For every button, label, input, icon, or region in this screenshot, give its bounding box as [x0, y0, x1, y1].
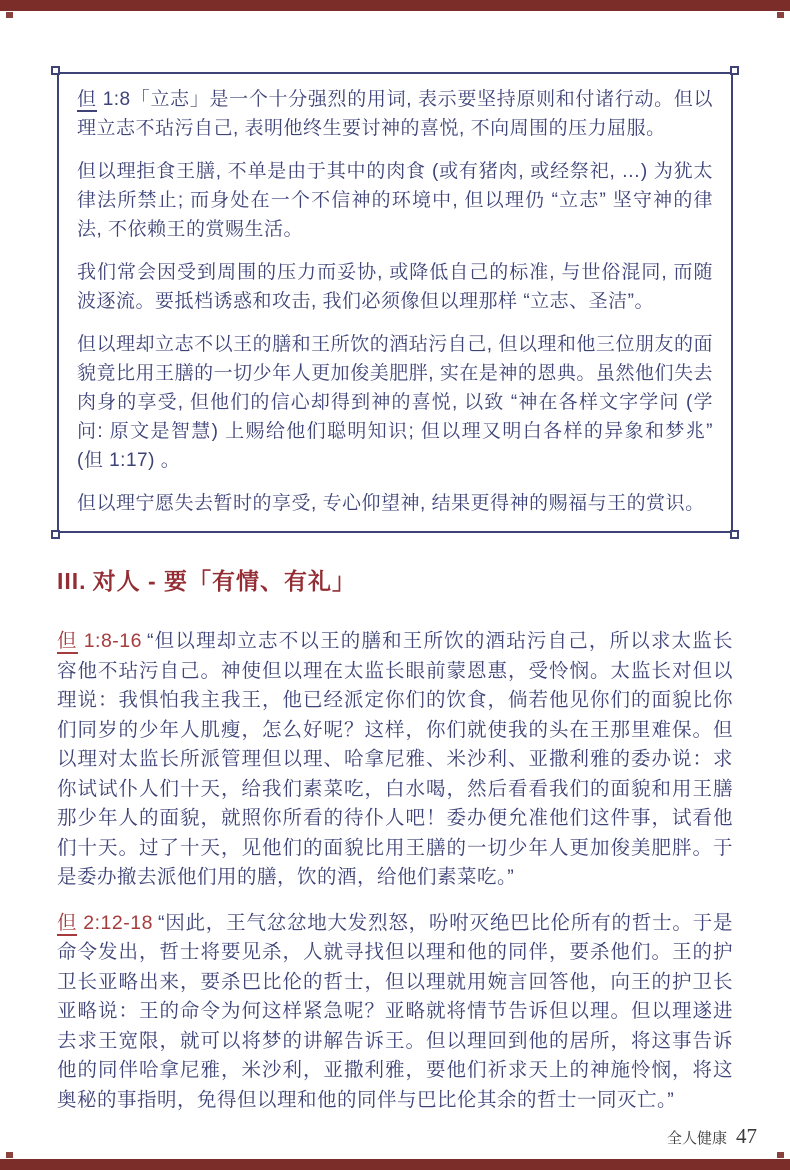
page-footer: 全人健康47: [667, 1124, 757, 1149]
scripture-passage-2: 但2:12-18“因此，王气忿忿地大发烈怒，吩咐灭绝巴比伦所有的哲士。于是命令发…: [57, 909, 733, 1116]
commentary-box: 但1:8「立志」是一个十分强烈的用词, 表示要坚持原则和付诸行动。但以理立志不玷…: [57, 72, 733, 533]
paragraph-text: 「立志」是一个十分强烈的用词, 表示要坚持原则和付诸行动。但以理立志不玷污自己,…: [77, 89, 713, 139]
section-numeral: III.: [57, 568, 87, 594]
box-corner-ornament-top-left: [51, 66, 60, 75]
box-corner-ornament-bottom-left: [51, 530, 60, 539]
commentary-paragraph-1: 但1:8「立志」是一个十分强烈的用词, 表示要坚持原则和付诸行动。但以理立志不玷…: [77, 85, 713, 143]
verse-range-label: 1:8: [103, 89, 131, 110]
verse-range-label: 2:12-18: [83, 912, 153, 934]
frame-tick-top-left: [6, 12, 13, 18]
commentary-paragraph-2: 但以理拒食王膳, 不单是由于其中的肉食 (或有猪肉, 或经祭祀, …) 为犹太律…: [77, 157, 713, 244]
box-corner-ornament-top-right: [730, 66, 739, 75]
verse-book-label: 但: [57, 912, 77, 936]
passage-text: “但以理却立志不以王的膳和王所饮的酒玷污自己，所以求太监长容他不玷污自己。神使但…: [57, 630, 733, 888]
verse-book-label: 但: [57, 630, 78, 654]
frame-tick-bottom-left: [6, 1152, 13, 1158]
frame-tick-bottom-right: [777, 1152, 784, 1158]
document-page: 但1:8「立志」是一个十分强烈的用词, 表示要坚持原则和付诸行动。但以理立志不玷…: [0, 0, 790, 1170]
passage-text: “因此，王气忿忿地大发烈怒，吩咐灭绝巴比伦所有的哲士。于是命令发出，哲士将要见杀…: [57, 912, 733, 1111]
commentary-paragraph-5: 但以理宁愿失去暂时的享受, 专心仰望神, 结果更得神的赐福与王的赏识。: [77, 489, 713, 518]
section-title: 对人 - 要「有情、有礼」: [93, 568, 356, 594]
box-corner-ornament-bottom-right: [730, 530, 739, 539]
top-frame-bar: [0, 0, 790, 11]
page-content: 但1:8「立志」是一个十分强烈的用词, 表示要坚持原则和付诸行动。但以理立志不玷…: [57, 72, 733, 1115]
verse-range-label: 1:8-16: [84, 630, 142, 652]
bottom-frame-bar: [0, 1159, 790, 1170]
page-number: 47: [736, 1124, 757, 1148]
commentary-paragraph-3: 我们常会因受到周围的压力而妥协, 或降低自己的标准, 与世俗混同, 而随波逐流。…: [77, 258, 713, 316]
scripture-reference: 但1:8-16: [57, 630, 142, 652]
booklet-title: 全人健康: [667, 1131, 727, 1147]
scripture-reference: 但2:12-18: [57, 912, 153, 934]
commentary-paragraph-4: 但以理却立志不以王的膳和王所饮的酒玷污自己, 但以理和他三位朋友的面貌竟比用王膳…: [77, 330, 713, 475]
frame-tick-top-right: [777, 12, 784, 18]
verse-book-label: 但: [77, 89, 97, 112]
section-heading: III.对人 - 要「有情、有礼」: [57, 563, 733, 596]
scripture-passage-1: 但1:8-16“但以理却立志不以王的膳和王所饮的酒玷污自己，所以求太监长容他不玷…: [57, 627, 733, 893]
